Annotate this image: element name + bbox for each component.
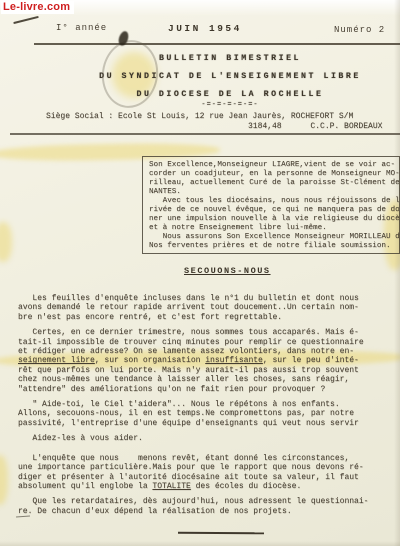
typed-line: re. De chacun d'eux dépend la réalisatio… — [18, 507, 400, 516]
paragraph: L'enquête que nous menons revêt, étant d… — [18, 454, 400, 492]
article-body: Les feuilles d'enquête incluses dans le … — [18, 294, 400, 522]
typed-line: Nos ferventes prières et de notre filial… — [149, 242, 397, 251]
typed-line: une importance particulière.Mais pour qu… — [18, 463, 400, 472]
typed-line: bre n'est pas encore rentré, et c'est fo… — [18, 313, 400, 322]
yellow-stain — [0, 222, 12, 262]
watermark: Le-livre.com — [1, 1, 74, 14]
typed-line: seignement libre, sur son organisation i… — [18, 356, 400, 365]
yellow-stain — [0, 455, 8, 505]
masthead-date: JUIN 1954 — [168, 23, 242, 34]
paragraph: Aidez-les à vous aider. — [18, 434, 400, 443]
typed-line: " Aide-toi, le Ciel t'aidera"... Nous le… — [18, 400, 400, 409]
typed-line: rêt que parfois on lui porte. Mais n'y a… — [18, 366, 400, 375]
typed-line: et à notre Enseignement libre lui-même. — [149, 224, 397, 233]
pen-scribble — [13, 16, 39, 24]
typed-line: et rédiger une adresse? On se lamente as… — [18, 347, 400, 356]
closing-rule — [178, 532, 264, 534]
typed-line: corder un coadjuteur, en la personne de … — [149, 170, 397, 179]
typed-line: rivée de ce nouvel évêque, ce qui ne man… — [149, 206, 397, 215]
masthead-issue: Numéro 2 — [334, 25, 385, 35]
typed-line: Que les retardataires, dès aujourd'hui, … — [18, 497, 400, 506]
article-heading: SECOUONS-NOUS — [184, 266, 271, 276]
typed-line: absolument qu'il englobe la TOTALITE des… — [18, 482, 400, 491]
address-line: Siège Social : Ecole St Louis, 12 rue Je… — [46, 112, 353, 121]
typed-line: tait-il impossible de trouver cinq minut… — [18, 338, 400, 347]
account-line: 3184,48 C.C.P. BORDEAUX — [248, 122, 382, 131]
typed-line: rilleau, actuellement Curé de la paroiss… — [149, 179, 397, 188]
typed-line: Avec tous les diocésains, nous nous réjo… — [149, 197, 397, 206]
typed-line: Aidez-les à vous aider. — [18, 434, 400, 443]
title-ornament: -=-=-=-=-=- — [60, 101, 400, 109]
paragraph: Certes, en ce dernier trimestre, nous so… — [18, 328, 400, 394]
typed-line: ner une impulsion nouvelle à la vie reli… — [149, 215, 397, 224]
typed-line: "attendre" des améliorations qu'on ne fa… — [18, 385, 400, 394]
notice-box: Son Excellence,Monseigneur LIAGRE,vient … — [142, 156, 400, 254]
masthead-year: I° année — [56, 23, 107, 33]
address-rule — [10, 133, 400, 135]
paragraph: Que les retardataires, dès aujourd'hui, … — [18, 497, 400, 516]
typed-line: chez nous-mêmes une tendance à laisser a… — [18, 375, 400, 384]
scan-edge-shadow — [0, 541, 400, 546]
notice-box-text: Son Excellence,Monseigneur LIAGRE,vient … — [149, 161, 397, 251]
scanned-bulletin-page: { "watermark": "Le-livre.com", "colors":… — [0, 0, 400, 546]
typed-line: diger et présenter à l'autorité diocésai… — [18, 473, 400, 482]
typed-line: passivité, l'entreprise d'une équipe d'e… — [18, 419, 400, 428]
typed-line: Allons, secouons-nous, il en est temps.N… — [18, 409, 400, 418]
paragraph: " Aide-toi, le Ciel t'aidera"... Nous le… — [18, 400, 400, 428]
typed-line: Certes, en ce dernier trimestre, nous so… — [18, 328, 400, 337]
typed-line: NANTES. — [149, 188, 397, 197]
typed-line: Les feuilles d'enquête incluses dans le … — [18, 294, 400, 303]
masthead-rule — [34, 43, 400, 45]
typed-line: avons demandé le retour rapide arrivent … — [18, 303, 400, 312]
typed-line: Son Excellence,Monseigneur LIAGRE,vient … — [149, 161, 397, 170]
typed-line: Nous assurons Son Excellence Monseigneur… — [149, 233, 397, 242]
paragraph: Les feuilles d'enquête incluses dans le … — [18, 294, 400, 322]
typed-line: L'enquête que nous menons revêt, étant d… — [18, 454, 400, 463]
